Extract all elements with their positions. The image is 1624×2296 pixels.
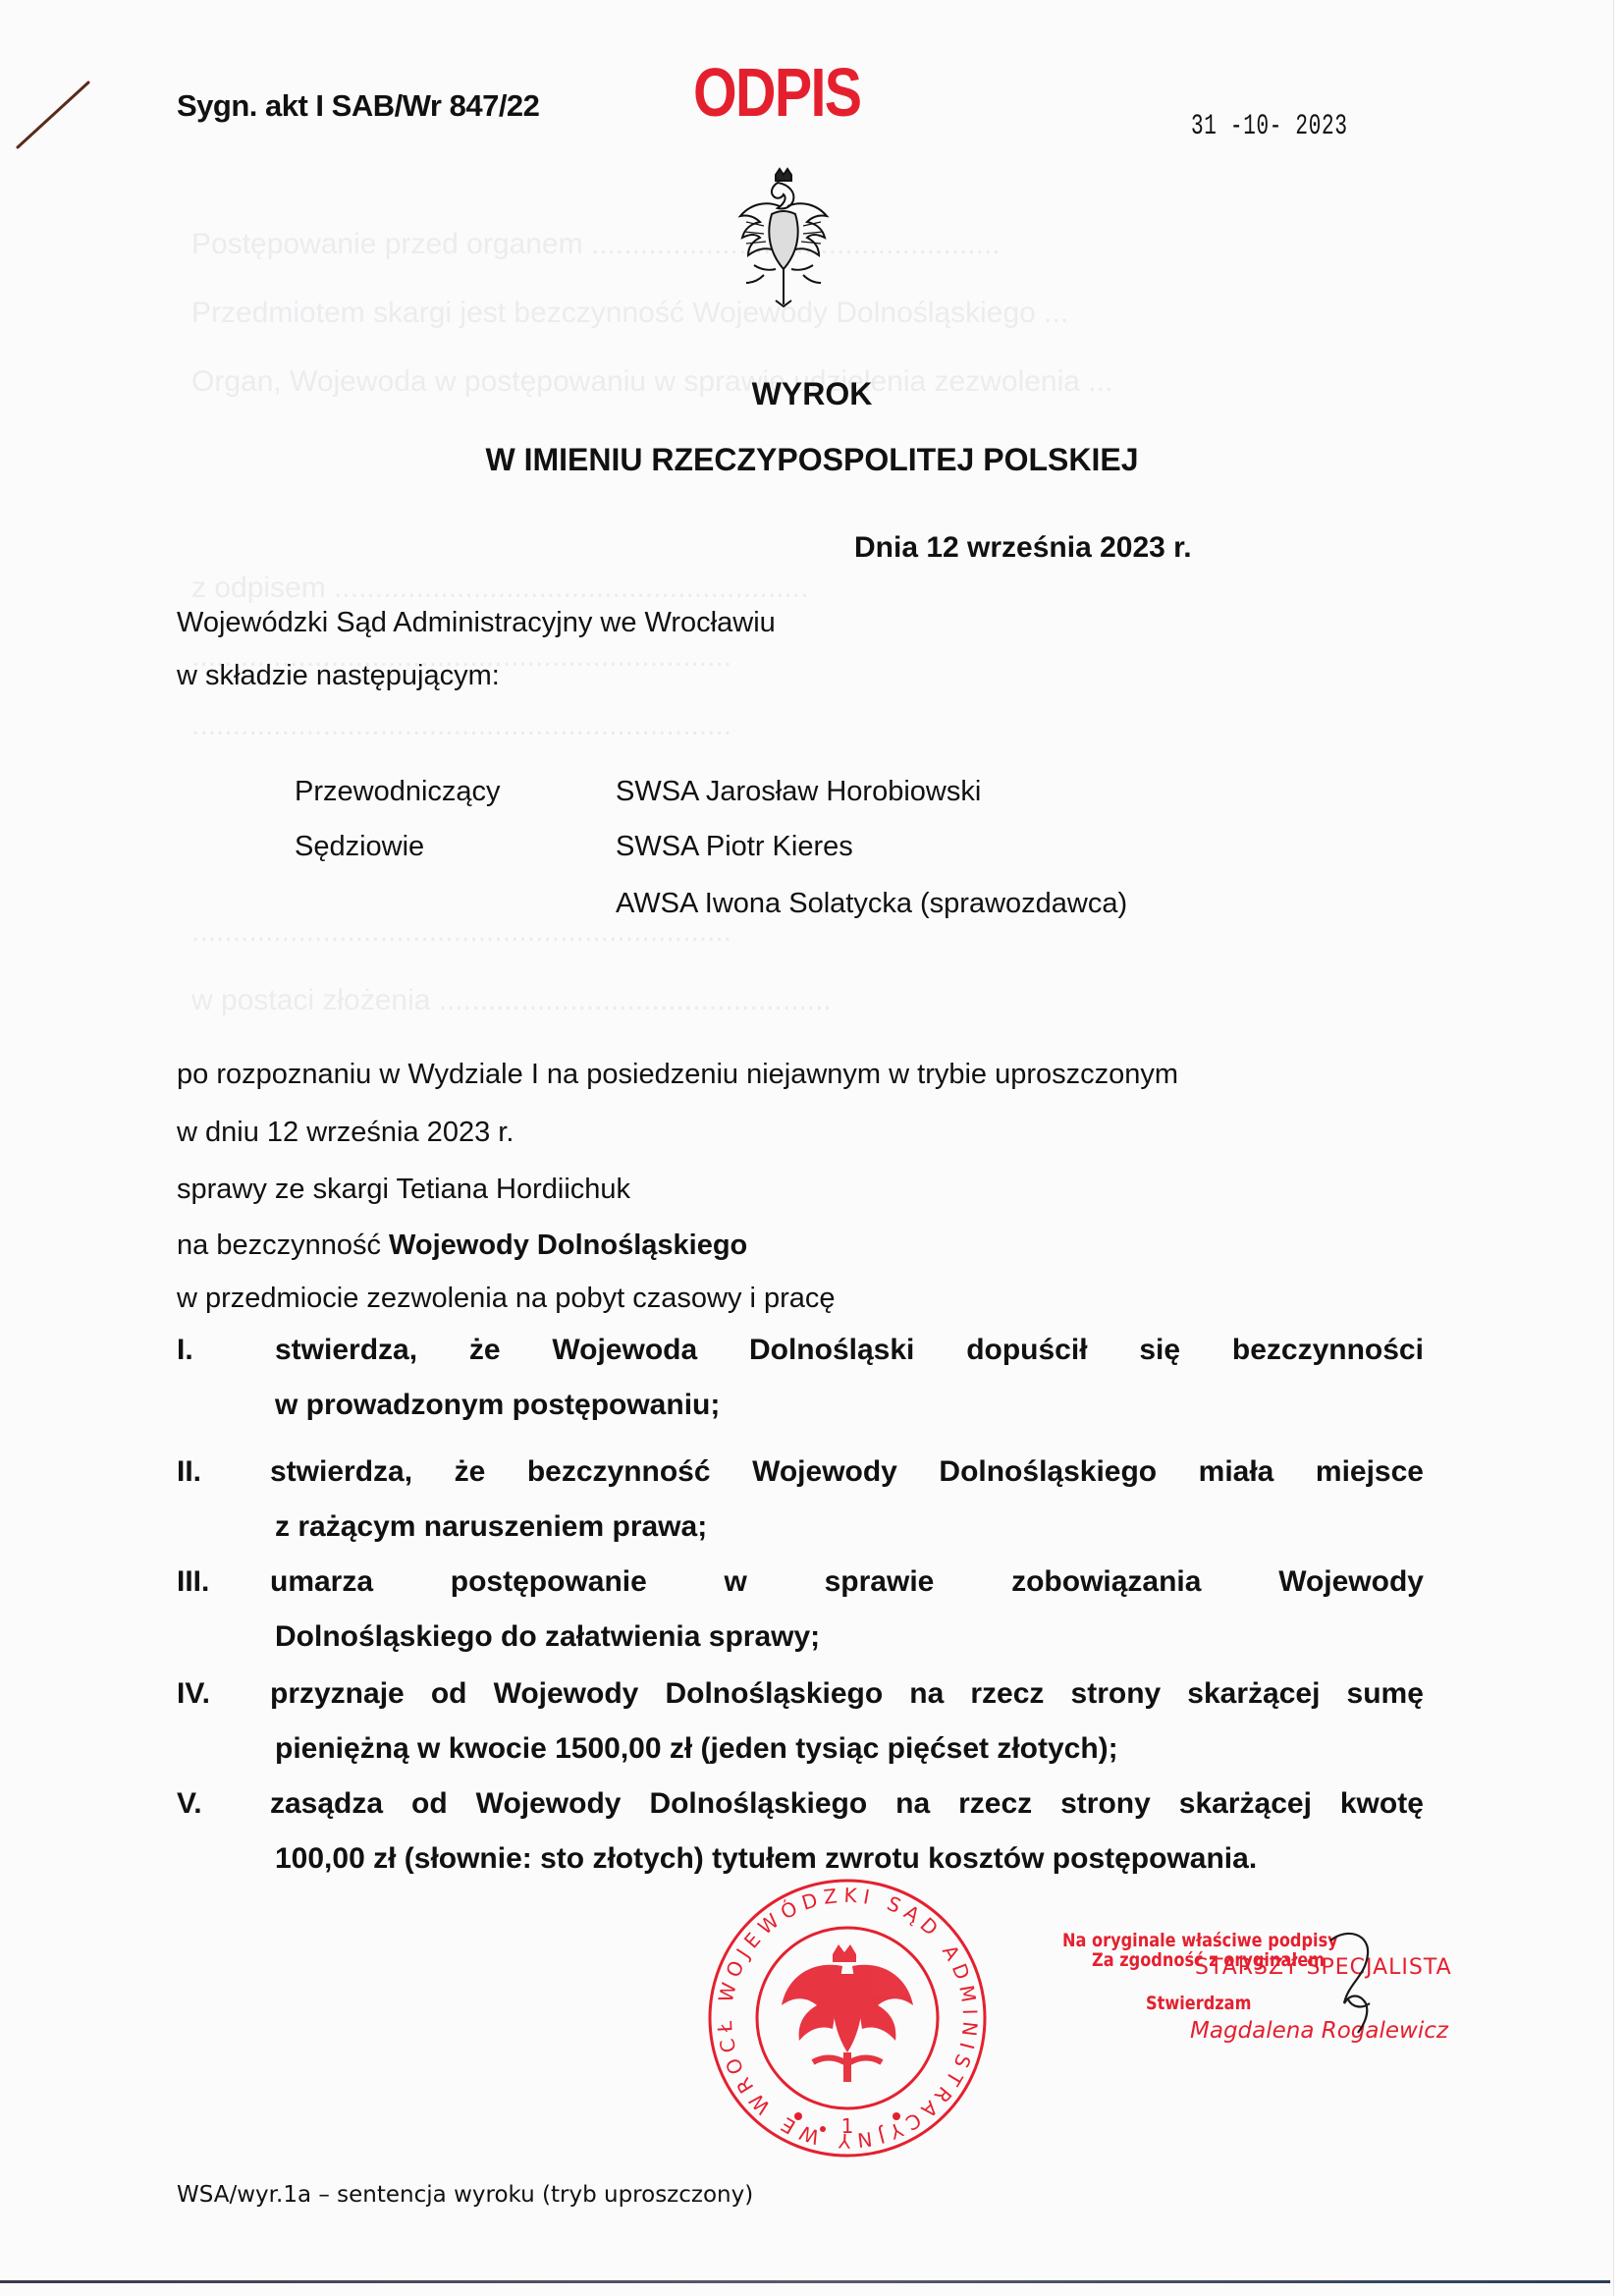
proceedings-line: w przedmiocie zezwolenia na pobyt czasow…: [177, 1283, 836, 1315]
proceedings-line: po rozpoznaniu w Wydziale I na posiedzen…: [177, 1059, 1178, 1091]
proceedings-line: w dniu 12 września 2023 r.: [177, 1117, 514, 1149]
verdict-number: IV.: [177, 1677, 210, 1711]
verdict-line: przyznajeodWojewodyDolnośląskiegonarzecz…: [270, 1677, 1424, 1711]
respondent-authority: Wojewody Dolnośląskiego: [389, 1230, 747, 1261]
panel-role: Przewodniczący: [295, 776, 501, 808]
verdict-line: w prowadzonym postępowaniu;: [275, 1389, 720, 1422]
document-title: WYROK: [0, 376, 1624, 412]
court-seal-icon: WOJEWÓDZKI SĄD ADMINISTRACYJNY WE WROCŁA…: [705, 1876, 990, 2160]
form-footer: WSA/wyr.1a – sentencja wyroku (tryb upro…: [177, 2182, 753, 2208]
page-edge: [1613, 0, 1624, 2296]
polish-eagle-emblem-icon: [725, 167, 842, 314]
court-name: Wojewódzki Sąd Administracyjny we Wrocła…: [177, 607, 776, 639]
verdict-line: stwierdza,żebezczynnośćWojewodyDolnośląs…: [270, 1455, 1424, 1489]
cert-line: Na oryginale właściwe podpisy: [1062, 1930, 1338, 1951]
verdict-line: 100,00 zł (słownie: sto złotych) tytułem…: [275, 1842, 1257, 1876]
seal-number: 1: [841, 2114, 854, 2138]
judgment-date: Dnia 12 września 2023 r.: [854, 531, 1192, 565]
verdict-number: V.: [177, 1787, 202, 1821]
verdict-line: zasądzaodWojewodyDolnośląskiegonarzeczst…: [270, 1787, 1424, 1821]
proceedings-prefix: na bezczynność: [177, 1230, 389, 1261]
panel-member: SWSA Piotr Kieres: [616, 831, 853, 863]
verdict-line: umarzapostępowaniewsprawiezobowiązaniaWo…: [270, 1565, 1424, 1599]
verdict-line: Dolnośląskiego do załatwienia sprawy;: [275, 1620, 820, 1654]
verdict-number: III.: [177, 1565, 209, 1599]
document-subtitle: W IMIENIU RZECZYPOSPOLITEJ POLSKIEJ: [0, 442, 1624, 478]
signature-icon: [1321, 1923, 1399, 2041]
verdict-line: z rażącym naruszeniem prawa;: [275, 1510, 707, 1544]
pen-mark-icon: [10, 77, 98, 155]
verdict-number: I.: [177, 1334, 193, 1367]
case-signature: Sygn. akt I SAB/Wr 847/22: [177, 88, 539, 124]
panel-member: AWSA Iwona Solatycka (sprawozdawca): [616, 888, 1127, 920]
composition-intro: w składzie następującym:: [177, 660, 500, 692]
certification-stamp: Na oryginale właściwe podpisy Za zgodnoś…: [1062, 1930, 1514, 2077]
cert-line: Stwierdzam: [1146, 1993, 1251, 2014]
verdict-number: II.: [177, 1455, 201, 1489]
proceedings-line: sprawy ze skargi Tetiana Hordiichuk: [177, 1174, 630, 1206]
page-bottom-edge: [0, 2280, 1610, 2283]
cert-name: Magdalena Rogalewicz: [1190, 2018, 1448, 2044]
panel-role: Sędziowie: [295, 831, 424, 863]
verdict-line: pieniężną w kwocie 1500,00 zł (jeden tys…: [275, 1732, 1118, 1766]
panel-member: SWSA Jarosław Horobiowski: [616, 776, 981, 808]
copy-stamp: ODPIS: [693, 53, 860, 132]
verdict-line: stwierdza,żeWojewodaDolnośląskidopuściłs…: [275, 1334, 1424, 1367]
proceedings-line: na bezczynność Wojewody Dolnośląskiego: [177, 1230, 747, 1262]
received-date-stamp: 31 -10- 2023: [1191, 110, 1348, 143]
